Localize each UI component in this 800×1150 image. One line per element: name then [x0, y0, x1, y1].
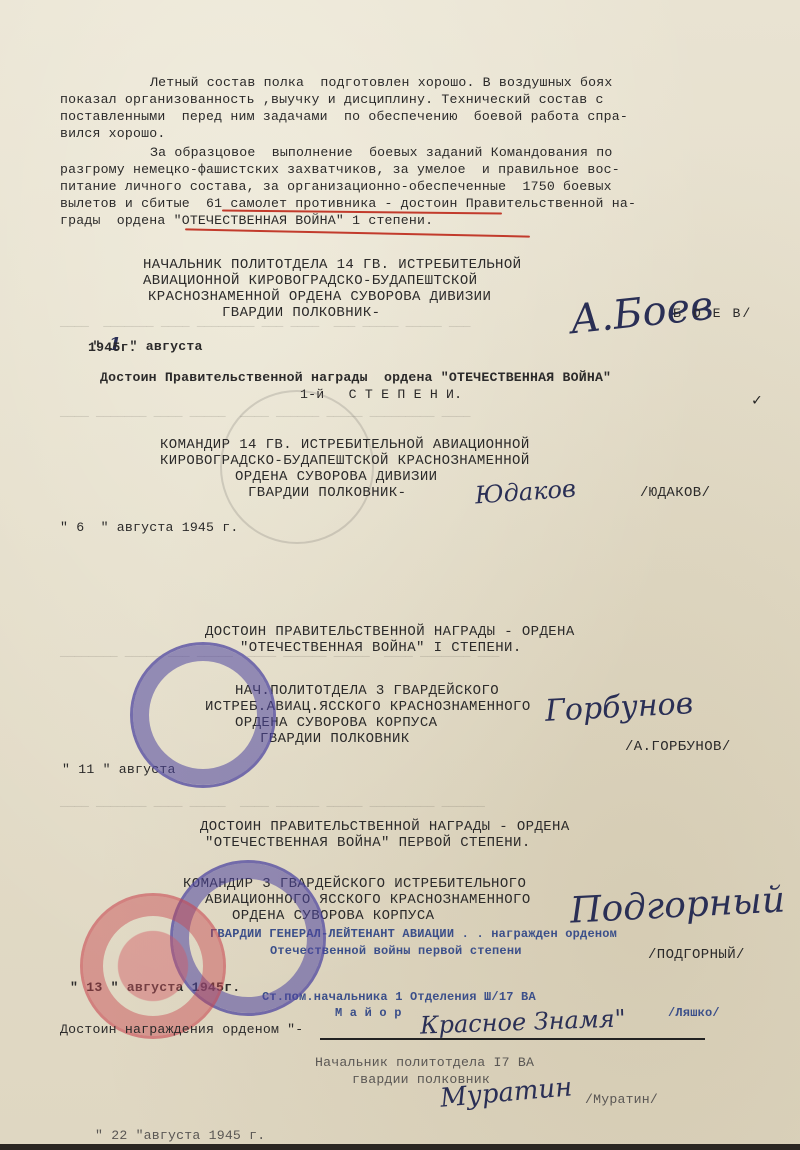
block-2-title-line: ОРДЕНА СУВОРОВА ДИВИЗИИ: [235, 470, 437, 485]
block-2-title-line: ГВАРДИИ ПОЛКОВНИК-: [248, 486, 406, 501]
date-month: августа: [146, 339, 203, 354]
handwritten-underline: [320, 1038, 705, 1040]
paragraph-2-line: грады ордена "ОТЕЧЕСТВЕННАЯ ВОЙНА" 1 сте…: [60, 213, 433, 228]
block-3-title-line: ГВАРДИИ ПОЛКОВНИК: [260, 732, 410, 747]
violet-stamp-political-dept: [130, 642, 276, 788]
block-4-name: /ПОДГОРНЫЙ/: [648, 948, 745, 963]
document-page: ──── ─────── ──── ──────── ─── ──── ─── …: [0, 0, 800, 1150]
block-1-year: 1945г.: [88, 340, 137, 355]
block-5-conclusion: Достоин награждения орденом "-: [60, 1022, 303, 1037]
paragraph-1-line: Летный состав полка подготовлен хорошо. …: [150, 75, 613, 90]
signature-gorbunov: Горбунов: [544, 686, 694, 729]
block-1-title-line: КРАСНОЗНАМЕННОЙ ОРДЕНА СУВОРОВА ДИВИЗИИ: [148, 290, 491, 305]
block-1-conclusion: Достоин Правительственной награды ордена…: [100, 370, 611, 385]
block-1-title-line: НАЧАЛЬНИК ПОЛИТОТДЕЛА 14 ГВ. ИСТРЕБИТЕЛЬ…: [143, 258, 521, 273]
red-pencil-underline: [185, 228, 530, 237]
paragraph-1-line: поставленными перед ним задачами по обес…: [60, 109, 628, 124]
bleed-through-text: ──── ─────── ──── ───── ──── ────── ────…: [60, 800, 485, 814]
block-3-title-line: НАЧ.ПОЛИТОТДЕЛА 3 ГВАРДЕЙСКОГО: [235, 684, 499, 699]
block-4-conclusion-line: ДОСТОИН ПРАВИТЕЛЬСТВЕННОЙ НАГРАДЫ - ОРДЕ…: [200, 820, 570, 835]
signature-yudakov: Юдаков: [474, 475, 577, 510]
block-5-date: " 22 "августа 1945 г.: [95, 1128, 265, 1143]
block-1-name: Б О Е В/: [673, 306, 752, 321]
paragraph-1-line: вился хорошо.: [60, 126, 165, 141]
block-4-conclusion-line: "ОТЕЧЕСТВЕННАЯ ВОЙНА" ПЕРВОЙ СТЕПЕНИ.: [205, 836, 531, 851]
paragraph-2-line: питание личного состава, за организацион…: [60, 179, 612, 194]
paragraph-1-line: показал организованность ,выучку и дисци…: [60, 92, 604, 107]
paragraph-2-line: За образцовое выполнение боевых заданий …: [150, 145, 613, 160]
block-1-title-line: АВИАЦИОННОЙ КИРОВОГРАДСКО-БУДАПЕШТСКОЙ: [143, 274, 477, 289]
red-stamp-air-army: [80, 893, 226, 1039]
block-1-title-line: ГВАРДИИ ПОЛКОВНИК-: [222, 306, 380, 321]
block-3-conclusion-line: ДОСТОИН ПРАВИТЕЛЬСТВЕННОЙ НАГРАДЫ - ОРДЕ…: [205, 625, 575, 640]
handwritten-order-name: Красное Знамя": [420, 1004, 627, 1039]
block-2-title-line: КОМАНДИР 14 ГВ. ИСТРЕБИТЕЛЬНОЙ АВИАЦИОНН…: [160, 438, 530, 453]
block-5-name: /Муратин/: [585, 1092, 658, 1107]
block-5-title-line: Начальник политотдела I7 ВА: [315, 1055, 534, 1070]
block-2-date: " 6 " августа 1945 г.: [60, 520, 239, 535]
page-bottom-edge: [0, 1144, 800, 1150]
block-3-conclusion-line: "ОТЕЧЕСТВЕННАЯ ВОЙНА" I СТЕПЕНИ.: [240, 641, 522, 656]
paragraph-2-line: вылетов и сбитые 61 самолет противника -…: [60, 196, 636, 211]
block-4-stamped-line: М а й о р: [335, 1006, 402, 1021]
signature-podgorny: Подгорный: [569, 879, 786, 931]
paragraph-2-line: разгрому немецко-фашистских захватчиков,…: [60, 162, 620, 177]
block-2-title-line: КИРОВОГРАДСКО-БУДАПЕШТСКОЙ КРАСНОЗНАМЕНН…: [160, 454, 530, 469]
pencil-mark: ✓: [752, 390, 762, 410]
block-4-stamped-name: /Ляшко/: [668, 1006, 720, 1021]
block-3-name: /А.ГОРБУНОВ/: [625, 740, 731, 755]
block-2-name: /ЮДАКОВ/: [640, 486, 710, 501]
